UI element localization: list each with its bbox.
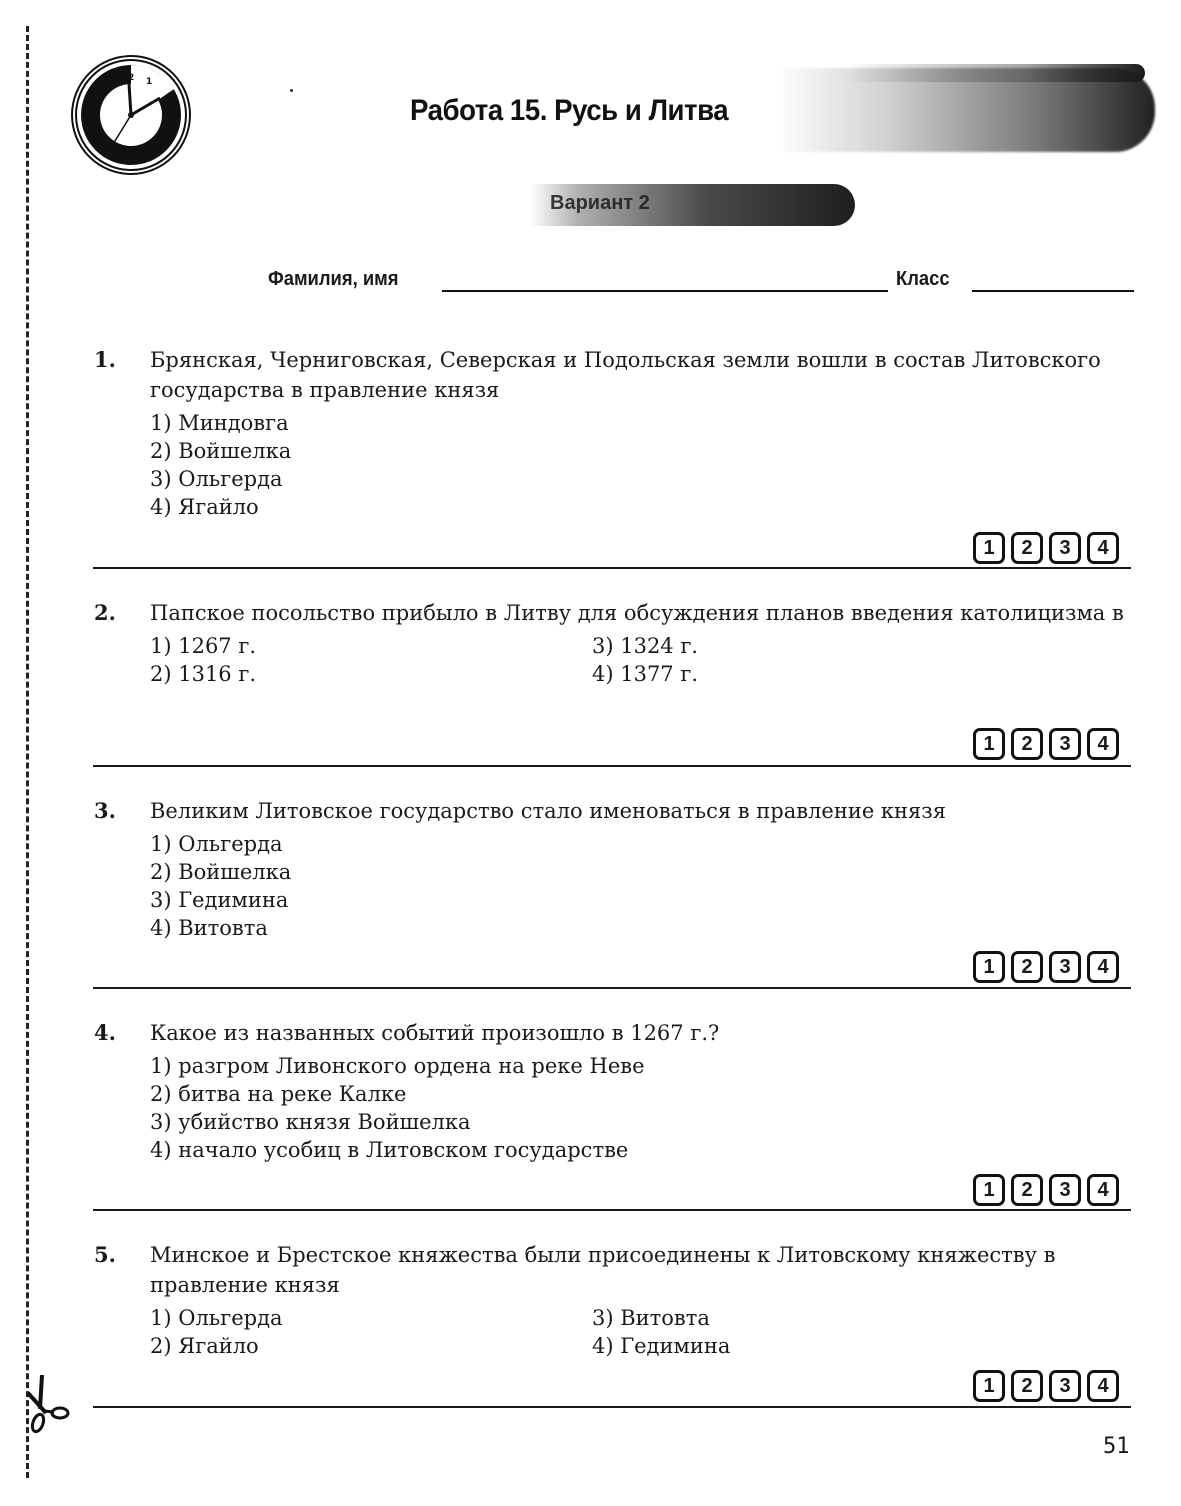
option: 2) Войшелка	[150, 858, 1137, 886]
page-number: 51	[1103, 1434, 1130, 1459]
answer-box-1[interactable]: 1	[973, 951, 1005, 983]
page-title: Работа 15. Русь и Литва	[410, 94, 728, 128]
option: 3) Ольгерда	[150, 465, 1137, 493]
answer-boxes-q1: 1 2 3 4	[973, 532, 1119, 564]
name-class-row: Фамилия, имя Класс	[268, 266, 1138, 298]
options: 1) 1267 г. 3) 1324 г. 2) 1316 г. 4) 1377…	[150, 632, 1137, 688]
answer-box-4[interactable]: 4	[1087, 728, 1119, 760]
option: 2) битва на реке Калке	[150, 1080, 1137, 1108]
question-text: Папское посольство прибыло в Литву для о…	[150, 598, 1137, 628]
question-4: 4. Какое из названных событий произошло …	[92, 1018, 1137, 1164]
option: 3) 1324 г.	[592, 632, 892, 660]
question-number: 2.	[94, 598, 116, 628]
svg-text:2: 2	[128, 73, 134, 83]
option: 3) убийство князя Войшелка	[150, 1108, 1137, 1136]
options: 1) Ольгерда 3) Витовта 2) Ягайло 4) Геди…	[150, 1304, 1137, 1360]
answer-box-1[interactable]: 1	[973, 1174, 1005, 1206]
divider	[93, 765, 1131, 767]
divider	[93, 1209, 1131, 1211]
answer-box-2[interactable]: 2	[1011, 951, 1043, 983]
question-number: 4.	[94, 1018, 116, 1048]
answer-box-2[interactable]: 2	[1011, 532, 1043, 564]
option: 2) Войшелка	[150, 437, 1137, 465]
clock-icon: 2 1	[70, 54, 192, 176]
question-text: Какое из названных событий произошло в 1…	[150, 1018, 1137, 1048]
question-number: 3.	[94, 796, 116, 826]
option: 4) Ягайло	[150, 493, 1137, 521]
answer-box-4[interactable]: 4	[1087, 1174, 1119, 1206]
answer-box-2[interactable]: 2	[1011, 728, 1043, 760]
answer-box-2[interactable]: 2	[1011, 1370, 1043, 1402]
answer-box-3[interactable]: 3	[1049, 728, 1081, 760]
options: 1) Миндовга 2) Войшелка 3) Ольгерда 4) Я…	[150, 409, 1137, 521]
option: 4) Витовта	[150, 914, 1137, 942]
speck	[290, 89, 293, 92]
answer-box-3[interactable]: 3	[1049, 1370, 1081, 1402]
answer-box-3[interactable]: 3	[1049, 951, 1081, 983]
options: 1) Ольгерда 2) Войшелка 3) Гедимина 4) В…	[150, 830, 1137, 942]
answer-boxes-q4: 1 2 3 4	[973, 1174, 1119, 1206]
answer-boxes-q3: 1 2 3 4	[973, 951, 1119, 983]
options: 1) разгром Ливонского ордена на реке Нев…	[150, 1052, 1137, 1164]
option: 2) Ягайло	[150, 1332, 592, 1360]
option: 4) 1377 г.	[592, 660, 892, 688]
answer-boxes-q2: 1 2 3 4	[973, 728, 1119, 760]
class-field[interactable]	[972, 290, 1134, 292]
option: 1) разгром Ливонского ордена на реке Нев…	[150, 1052, 1137, 1080]
option: 2) 1316 г.	[150, 660, 592, 688]
answer-box-2[interactable]: 2	[1011, 1174, 1043, 1206]
question-text: Минское и Брестское княжества были присо…	[150, 1240, 1137, 1300]
answer-box-1[interactable]: 1	[973, 728, 1005, 760]
answer-boxes-q5: 1 2 3 4	[973, 1370, 1119, 1402]
option: 3) Гедимина	[150, 886, 1137, 914]
answer-box-3[interactable]: 3	[1049, 532, 1081, 564]
option: 1) Ольгерда	[150, 830, 1137, 858]
question-text: Великим Литовское государство стало имен…	[150, 796, 1137, 826]
banner-smear-top	[845, 64, 1145, 82]
option: 1) Ольгерда	[150, 1304, 592, 1332]
option: 4) начало усобиц в Литовском государстве	[150, 1136, 1137, 1164]
option: 4) Гедимина	[592, 1332, 892, 1360]
question-number: 5.	[94, 1240, 116, 1270]
divider	[93, 567, 1131, 569]
answer-box-1[interactable]: 1	[973, 1370, 1005, 1402]
option: 1) 1267 г.	[150, 632, 592, 660]
class-label: Класс	[896, 268, 950, 291]
answer-box-3[interactable]: 3	[1049, 1174, 1081, 1206]
scissors-icon	[24, 1375, 72, 1435]
title-banner: Работа 15. Русь и Литва	[400, 62, 1155, 152]
option: 1) Миндовга	[150, 409, 1137, 437]
question-5: 5. Минское и Брестское княжества были пр…	[92, 1240, 1137, 1360]
divider	[93, 1406, 1131, 1408]
option: 3) Витовта	[592, 1304, 892, 1332]
answer-box-4[interactable]: 4	[1087, 951, 1119, 983]
question-2: 2. Папское посольство прибыло в Литву дл…	[92, 598, 1137, 688]
svg-text:1: 1	[146, 77, 152, 87]
name-label: Фамилия, имя	[268, 268, 398, 291]
question-number: 1.	[94, 345, 116, 375]
variant-banner: Вариант 2	[530, 184, 855, 226]
question-3: 3. Великим Литовское государство стало и…	[92, 796, 1137, 942]
question-1: 1. Брянская, Черниговская, Северская и П…	[92, 345, 1137, 521]
answer-box-4[interactable]: 4	[1087, 532, 1119, 564]
question-text: Брянская, Черниговская, Северская и Подо…	[150, 345, 1137, 405]
variant-label: Вариант 2	[550, 192, 650, 215]
name-field[interactable]	[442, 290, 888, 292]
answer-box-1[interactable]: 1	[973, 532, 1005, 564]
answer-box-4[interactable]: 4	[1087, 1370, 1119, 1402]
cut-line	[26, 26, 29, 1478]
divider	[93, 987, 1131, 989]
